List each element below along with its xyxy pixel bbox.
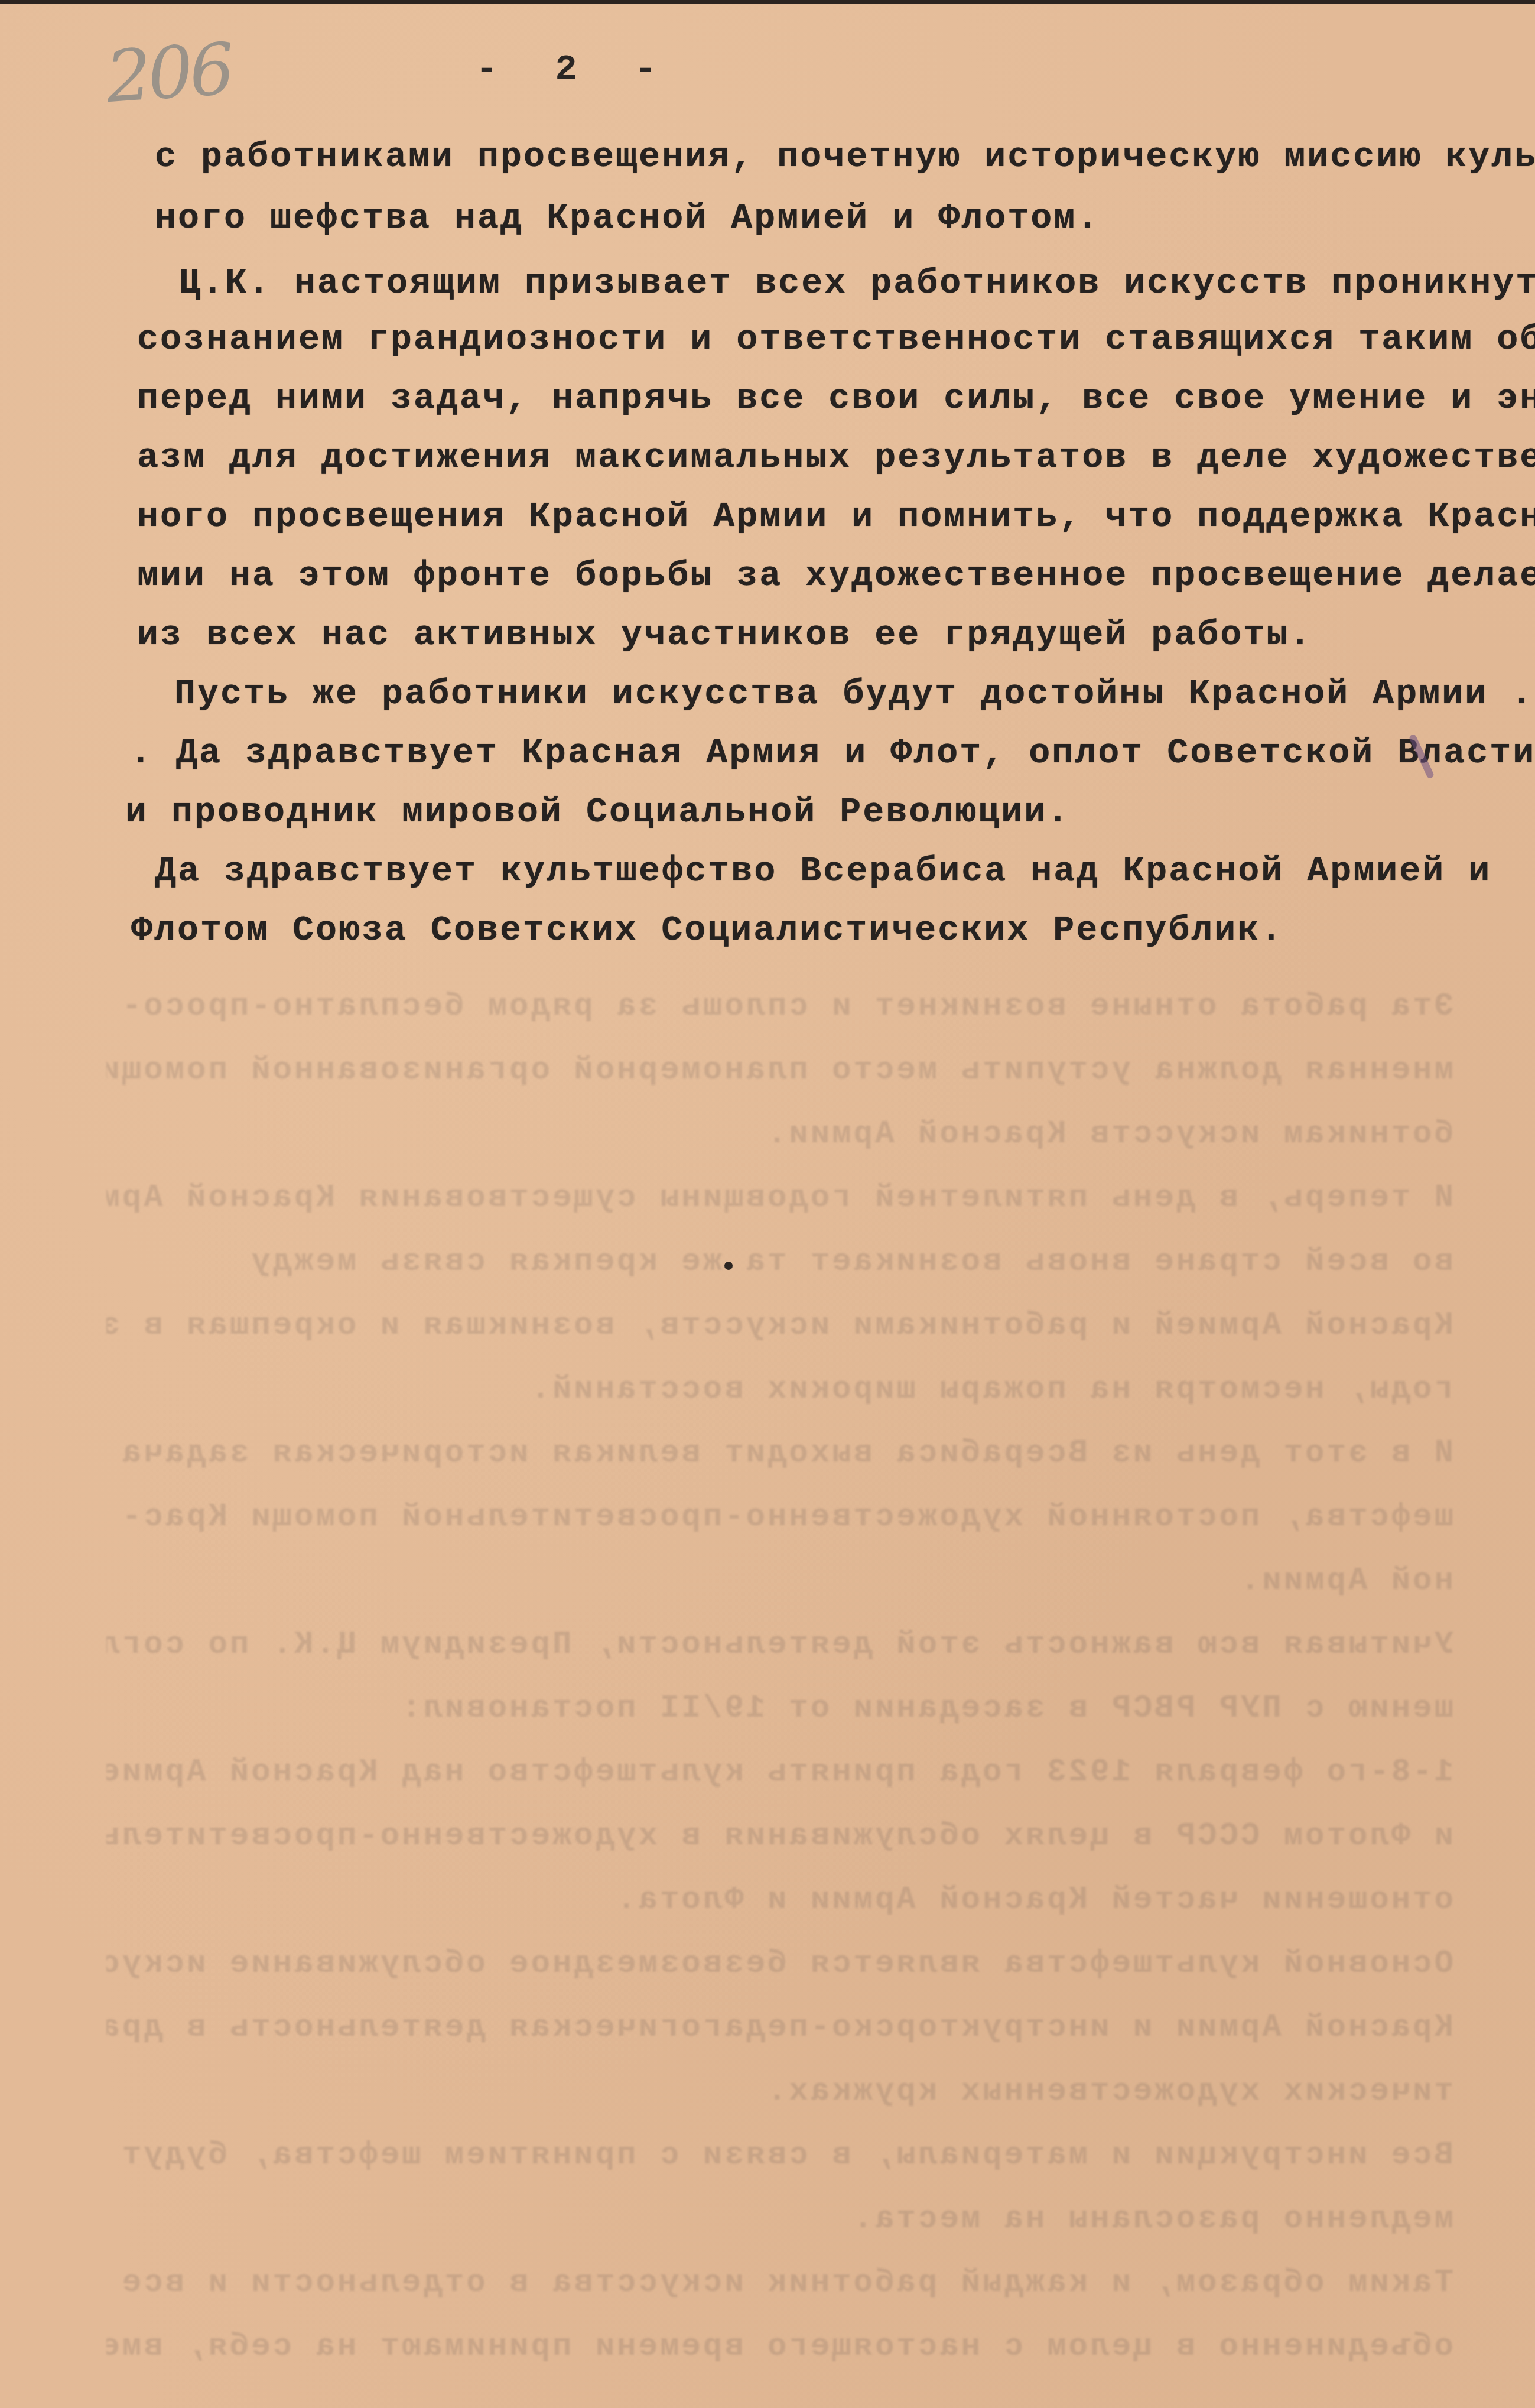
body-line: Да здравствует культшефство Всерабиса на… [155,854,1491,889]
body-line: с работниками просвещения, почетную исто… [155,139,1535,175]
archive-folio-number: 206 [103,28,233,119]
page-number: - 2 - [476,48,674,90]
body-line: Ц.К. настоящим призывает всех работников… [179,266,1535,301]
body-line: . Да здравствует Красная Армия и Флот, о… [130,736,1535,771]
scan-top-edge [0,0,1535,4]
reverse-side-bleed-through: Эта работа отныне возникнет и сплошь за … [106,975,1453,2364]
ink-dot [724,1262,733,1270]
body-line: Флотом Союза Советских Социалистических … [131,913,1283,948]
body-line: мии на этом фронте борьбы за художествен… [137,558,1535,594]
body-line: сознанием грандиозности и ответственност… [137,322,1535,358]
body-line: ного шефства над Красной Армией и Флотом… [155,201,1100,236]
body-line: и проводник мировой Социальной Революции… [125,795,1070,830]
body-line: ного просвещения Красной Армии и помнить… [137,499,1535,535]
body-line: азм для достижения максимальных результа… [137,440,1535,476]
body-line: из всех нас активных участников ее гряду… [137,618,1312,653]
body-line: перед ними задач, напрячь все свои силы,… [137,381,1535,417]
body-line: Пусть же работники искусства будут досто… [174,677,1534,712]
